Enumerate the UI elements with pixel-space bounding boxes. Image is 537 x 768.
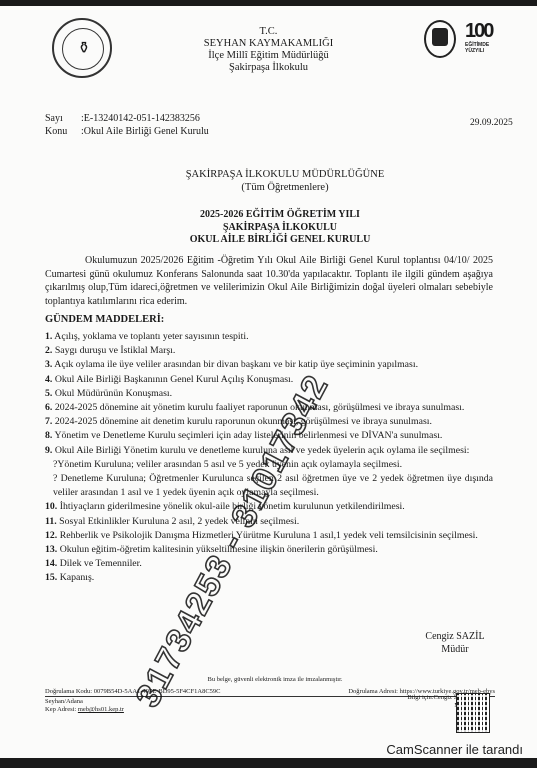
agenda-item: 6. 2024-2025 dönemine ait yönetim kurulu… [45, 401, 493, 415]
agenda-item-text: Okul Müdürünün Konuşması. [55, 388, 172, 399]
agenda-item-number: 3. [45, 359, 52, 370]
agenda-item: 15. Kapanış. [45, 571, 493, 585]
signature-block: Cengiz SAZİL Müdür [405, 630, 505, 656]
agenda-item-number: 11. [45, 516, 57, 527]
agenda-item: 12. Rehberlik ve Psikolojik Danışma Hizm… [45, 529, 493, 543]
footer-info: Bilgi için:Cengiz SAZİL Müdür [360, 694, 472, 710]
agenda-item-number: 15. [45, 572, 57, 583]
signer-title: Müdür [405, 643, 505, 656]
location: Seyhan/Adana [45, 698, 124, 706]
header-mudurluk: İlçe Millî Eğitim Müdürlüğü [130, 50, 407, 62]
agenda-item-number: 12. [45, 530, 57, 541]
header-school: Şakirpaşa İlkokulu [130, 62, 407, 74]
okul-aile-birligi-emblem-icon [424, 20, 456, 58]
agenda-item: 14. Dilek ve Temenniler. [45, 557, 493, 571]
agenda-item-number: 1. [45, 331, 52, 342]
body-text: Okulumuzun 2025/2026 Eğitim -Öğretim Yıl… [45, 254, 493, 308]
sayi-label: Sayı [45, 112, 81, 125]
body-paragraph: Okulumuzun 2025/2026 Eğitim -Öğretim Yıl… [45, 254, 493, 308]
footer-contact: Seyhan/Adana Kep Adresi: meb@hs01.kep.tr [45, 698, 124, 714]
agenda-item-text: Saygı duruşu ve İstiklal Marşı. [55, 345, 176, 356]
agenda-item-number: 14. [45, 558, 57, 569]
agenda-item-text: 2024-2025 dönemine ait denetim kurulu ra… [55, 416, 432, 427]
agenda-item: 5. Okul Müdürünün Konuşması. [45, 387, 493, 401]
document-meta: Sayı:E-13240142-051-142383256 Konu:Okul … [45, 112, 209, 138]
agenda-item-number: 10. [45, 501, 57, 512]
kep-address-link[interactable]: meb@hs01.kep.tr [78, 706, 124, 713]
agenda-item: 7. 2024-2025 dönemine ait denetim kurulu… [45, 415, 493, 429]
egitimde-yuzyili-logo-icon: 100 EĞİTİMDE YÜZYILI [465, 20, 505, 70]
header-tc: T.C. [130, 26, 407, 38]
addressee: ŞAKİRPAŞA İLKOKULU MÜDÜRLÜĞÜNE (Tüm Öğre… [140, 168, 430, 194]
agenda-item: 3. Açık oylama ile üye veliler arasından… [45, 358, 493, 372]
scanned-document-page: ⚱ T.C. SEYHAN KAYMAKAMLIĞI İlçe Millî Eğ… [0, 6, 537, 758]
agenda-item-text: Yönetim ve Denetleme Kurulu seçimleri iç… [54, 430, 442, 441]
agenda-item-number: 13. [45, 544, 57, 555]
camscanner-label: CamScanner ile tarandı [386, 742, 523, 757]
agenda-item: 2. Saygı duruşu ve İstiklal Marşı. [45, 344, 493, 358]
agenda-item-text: Açılış, yoklama ve toplantı yeter sayısı… [54, 331, 248, 342]
agenda-item-text: 2024-2025 dönemine ait yönetim kurulu fa… [55, 402, 464, 413]
agenda-item-text: Açık oylama ile üye veliler arasından bi… [54, 359, 418, 370]
header-kaymakamlik: SEYHAN KAYMAKAMLIĞI [130, 38, 407, 50]
agenda-item: 11. Sosyal Etkinlikler Kuruluna 2 asıl, … [45, 515, 493, 529]
sayi-value: :E-13240142-051-142383256 [81, 113, 200, 124]
agenda-item-number: 5. [45, 388, 52, 399]
agenda-item-number: 8. [45, 430, 52, 441]
meb-emblem-icon: ⚱ [52, 18, 112, 78]
agenda-item-text: Kapanış. [60, 572, 95, 583]
agenda-title: GÜNDEM MADDELERİ: [45, 314, 164, 325]
agenda-item-number: 4. [45, 374, 52, 385]
konu-label: Konu [45, 125, 81, 138]
agenda-item: 13. Okulun eğitim-öğretim kalitesinin yü… [45, 543, 493, 557]
esign-note: Bu belge, güvenli elektronik imza ile im… [170, 676, 380, 683]
agenda-item: 4. Okul Aile Birliği Başkanının Genel Ku… [45, 373, 493, 387]
signer-name: Cengiz SAZİL [405, 630, 505, 643]
agenda-item-number: 2. [45, 345, 52, 356]
agenda-item-number: 6. [45, 402, 52, 413]
agenda-item-number: 7. [45, 416, 52, 427]
document-header: T.C. SEYHAN KAYMAKAMLIĞI İlçe Millî Eğit… [130, 26, 407, 74]
agenda-item-text: Okul Aile Birliği Başkanının Genel Kurul… [55, 374, 293, 385]
agenda-item-text: Dilek ve Temenniler. [60, 558, 142, 569]
agenda-item: 1. Açılış, yoklama ve toplantı yeter say… [45, 330, 493, 344]
agenda-item-text: Rehberlik ve Psikolojik Danışma Hizmetle… [60, 530, 478, 541]
konu-value: :Okul Aile Birliği Genel Kurulu [81, 126, 209, 137]
agenda-item-text: ?Yönetim Kuruluna; veliler arasından 5 a… [53, 459, 402, 470]
qr-code-icon [457, 694, 489, 732]
agenda-item-number: 9. [45, 445, 52, 456]
